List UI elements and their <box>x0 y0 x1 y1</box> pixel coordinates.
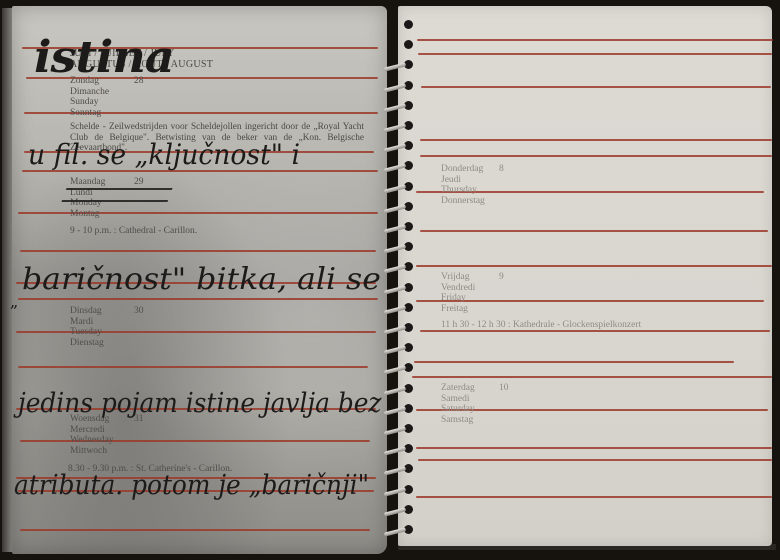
day-block-9: Vrijdag Vendredi Friday Freitag 9 <box>441 272 475 314</box>
day-label-english: Tuesday <box>70 327 104 338</box>
day-number: 9 <box>499 272 504 283</box>
day-label-english: Wednesday <box>70 435 114 446</box>
crossed-out-scribble <box>61 188 172 202</box>
day-label-german: Sonntag <box>70 108 109 119</box>
rule-line <box>18 366 368 368</box>
day-block-30: Dinsdag Mardi Tuesday Dienstag 30 <box>70 306 104 348</box>
rule-line <box>420 155 772 157</box>
rule-line <box>412 376 772 378</box>
handwritten-line-1: u fil. se „ključnost" i <box>28 138 300 171</box>
rule-line <box>416 447 772 449</box>
day-label-dutch: Vrijdag <box>441 272 475 283</box>
rule-line <box>18 298 378 300</box>
day-block-10: Zaterdag Samedi Saturday Samstag 10 <box>441 383 475 425</box>
rule-line <box>420 230 768 232</box>
day-number: 10 <box>499 383 509 394</box>
day-label-german: Montag <box>70 209 105 220</box>
rule-line <box>418 459 772 461</box>
rule-line <box>421 86 771 88</box>
day-label-dutch: Dinsdag <box>70 306 104 317</box>
rule-line <box>414 361 734 363</box>
day-label-german: Mittwoch <box>70 446 114 457</box>
day-label-german: Freitag <box>441 304 475 315</box>
rule-line <box>20 529 370 531</box>
day-label-german: Dienstag <box>70 338 104 349</box>
event-text-9: 11 h 30 - 12 h 30 : Kathedrale - Glocken… <box>441 320 641 330</box>
binding-hole <box>404 20 413 29</box>
rule-line <box>418 53 772 55</box>
event-text-29: 9 - 10 p.m. : Cathedral - Carillon. <box>70 226 197 236</box>
handwritten-line-2: baričnost" bitka, ali se <box>22 262 381 297</box>
day-number: 29 <box>134 177 144 188</box>
handwritten-title: istina <box>34 32 174 83</box>
day-number: 8 <box>499 164 504 175</box>
day-label-french: Jeudi <box>441 175 485 186</box>
day-label-french: Mercredi <box>70 425 114 436</box>
quote-mark: „ <box>10 292 18 311</box>
rule-line <box>420 330 770 332</box>
rule-line <box>417 39 773 41</box>
handwritten-line-3: jedins pojam istine javlja bez <box>18 388 382 419</box>
day-label-dutch: Maandag <box>70 177 105 188</box>
day-label-german: Donnerstag <box>441 196 485 207</box>
day-block-31: Woensdag Mercredi Wednesday Mittwoch 31 <box>70 414 114 456</box>
handwritten-line-4: atributa. potom je „baričnji" <box>14 470 369 501</box>
day-label-french: Vendredi <box>441 283 475 294</box>
day-label-english: Saturday <box>441 404 475 415</box>
day-label-french: Dimanche <box>70 87 109 98</box>
rule-line <box>420 139 772 141</box>
rule-line <box>20 250 376 252</box>
day-block-8: Donderdag Jeudi Thursday Donnerstag 8 <box>441 164 485 206</box>
day-label-dutch: Zaterdag <box>441 383 475 394</box>
day-label-dutch: Donderdag <box>441 164 485 175</box>
day-label-english: Sunday <box>70 97 109 108</box>
day-label-english: Thursday <box>441 185 485 196</box>
day-label-english: Friday <box>441 293 475 304</box>
rule-line <box>416 496 772 498</box>
day-label-german: Samstag <box>441 415 475 426</box>
day-label-french: Mardi <box>70 317 104 328</box>
rule-line <box>416 265 772 267</box>
day-number: 30 <box>134 306 144 317</box>
day-label-french: Samedi <box>441 394 475 405</box>
